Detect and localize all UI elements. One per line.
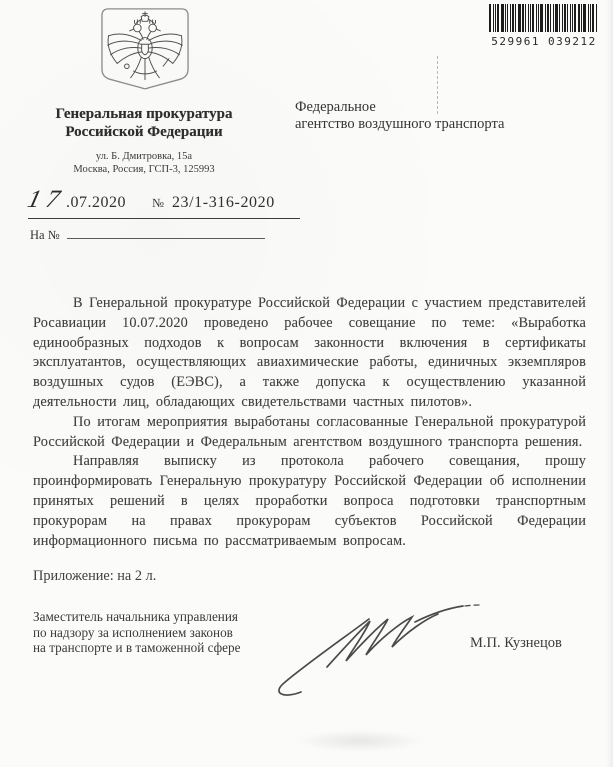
signer-name: М.П. Кузнецов bbox=[470, 635, 562, 652]
handwritten-signature-icon bbox=[265, 595, 483, 701]
recipient-line1: Федеральное bbox=[295, 99, 504, 116]
reference-row: 17 .07.2020 № 23/1-316-2020 bbox=[28, 186, 300, 219]
incoming-number-blank-line bbox=[67, 226, 265, 239]
number-sign: № bbox=[152, 196, 164, 211]
coat-of-arms-icon bbox=[99, 6, 191, 94]
recipient-block: Федеральное агентство воздушного транспо… bbox=[295, 99, 504, 132]
body-paragraph: По итогам мероприятия выработаны согласо… bbox=[33, 413, 586, 453]
sender-name-line2: Российской Федерации bbox=[16, 124, 272, 142]
scan-smudge-artifact bbox=[295, 730, 425, 752]
sender-address-line1: ул. Б. Дмитровка, 15а bbox=[16, 151, 272, 164]
sender-address-line2: Москва, Россия, ГСП-3, 125993 bbox=[16, 164, 272, 177]
outgoing-number: 23/1-316-2020 bbox=[172, 194, 275, 212]
sender-letterhead: Генеральная прокуратура Российской Федер… bbox=[16, 106, 272, 176]
fold-mark-artifact bbox=[437, 56, 438, 114]
handwritten-date-day: 17 bbox=[25, 186, 69, 214]
sender-address: ул. Б. Дмитровка, 15а Москва, Россия, ГС… bbox=[16, 151, 272, 176]
body-paragraph: Направляя выписку из протокола рабочего … bbox=[33, 452, 586, 551]
body-paragraph: В Генеральной прокуратуре Российской Фед… bbox=[33, 294, 586, 413]
sender-name-line1: Генеральная прокуратура bbox=[16, 106, 272, 124]
barcode: 529961 039212 bbox=[484, 4, 604, 48]
scanned-letter-page: 529961 039212 bbox=[0, 0, 613, 767]
barcode-digits: 529961 039212 bbox=[484, 35, 604, 48]
printed-date: .07.2020 bbox=[66, 194, 126, 212]
recipient-line2: агентство воздушного транспорта bbox=[295, 116, 504, 133]
attachment-note: Приложение: на 2 л. bbox=[33, 568, 586, 585]
barcode-bars-icon bbox=[487, 4, 601, 36]
incoming-number-label: На № bbox=[30, 228, 60, 242]
signature-block: Заместитель начальника управления по над… bbox=[33, 609, 586, 719]
letter-body: В Генеральной прокуратуре Российской Фед… bbox=[33, 294, 586, 719]
incoming-number-row: На № bbox=[30, 226, 265, 243]
